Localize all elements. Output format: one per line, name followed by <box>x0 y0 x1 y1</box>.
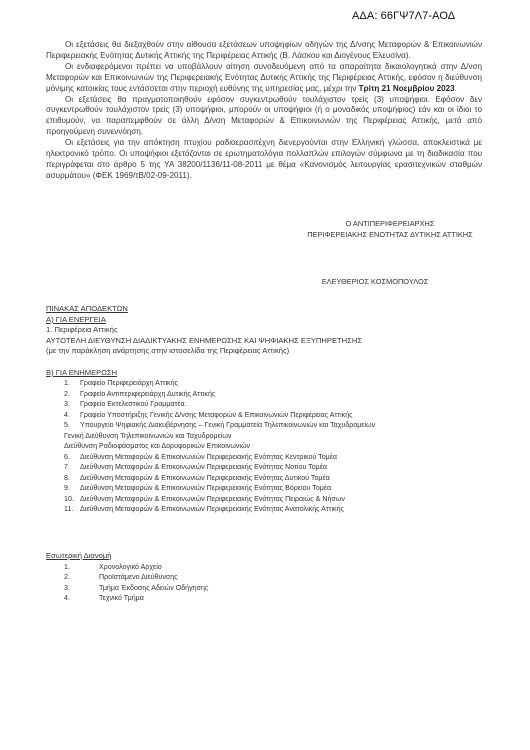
list-item: 8.Διεύθυνση Μεταφορών & Επικοινωνιών Περ… <box>46 473 486 484</box>
list-item-text: Τεχνικό Τμήμα <box>99 594 144 602</box>
list-item-text: Διεύθυνση Μεταφορών & Επικοινωνιών Περιφ… <box>80 484 331 492</box>
paragraph-application: Οι ενδιαφερόμενοι πρέπει να υποβάλλουν α… <box>46 62 482 95</box>
list-item: 4.Τεχνικό Τμήμα <box>46 593 208 604</box>
list-item-number: 6. <box>64 452 78 463</box>
list-item-number: 7. <box>64 462 78 473</box>
action-heading: Α) ΓΙΑ ΕΝΕΡΓΕΙΑ <box>46 315 486 326</box>
list-item: 3.Τμήμα Έκδοσης Αδειών Οδήγησης <box>46 583 208 594</box>
list-item: 5.Υπουργείο Ψηφιακής Διακυβέρνησης – Γεν… <box>46 420 486 452</box>
list-item-number: 4. <box>64 410 78 421</box>
list-item: 6.Διεύθυνση Μεταφορών & Επικοινωνιών Περ… <box>46 452 486 463</box>
list-item-text: Διεύθυνση Μεταφορών & Επικοινωνιών Περιφ… <box>80 505 344 513</box>
list-item-text: Τμήμα Έκδοσης Αδειών Οδήγησης <box>99 584 208 592</box>
list-item-text: Υπουργείο Ψηφιακής Διακυβέρνησης – Γενικ… <box>80 421 375 429</box>
list-item-text: Γραφείο Αντιπεριφερειάρχη Δυτικής Αττική… <box>80 390 215 398</box>
action-line: 1. Περιφέρεια Αττικής <box>46 325 486 336</box>
internal-heading: Εσωτερική Διανομή <box>46 551 208 562</box>
list-item-number: 10. <box>64 494 78 505</box>
recipients-table: ΠΙΝΑΚΑΣ ΑΠΟΔΕΚΤΩΝ Α) ΓΙΑ ΕΝΕΡΓΕΙΑ 1. Περ… <box>46 304 486 515</box>
list-item-text: Γραφείο Περιφερειάρχη Αττικής <box>80 379 178 387</box>
list-item: 7.Διεύθυνση Μεταφορών & Επικοινωνιών Περ… <box>46 462 486 473</box>
list-item: 1.Χρονολογικό Αρχείο <box>46 562 208 573</box>
list-item-number: 1. <box>64 378 78 389</box>
list-item-number: 3. <box>64 583 78 594</box>
list-item-number: 3. <box>64 399 78 410</box>
internal-distribution: Εσωτερική Διανομή 1.Χρονολογικό Αρχείο2.… <box>46 551 208 604</box>
list-item-number: 2. <box>64 572 78 583</box>
list-item-text: Διεύθυνση Μεταφορών & Επικοινωνιών Περιφ… <box>80 474 330 482</box>
list-item-number: 4. <box>64 593 78 604</box>
list-item: 10.Διεύθυνση Μεταφορών & Επικοινωνιών Πε… <box>46 494 486 505</box>
list-item-text: Χρονολογικό Αρχείο <box>99 563 162 571</box>
list-item-text: Προϊστάμενο Διεύθυνσης <box>99 573 178 581</box>
body-text: Οι εξετάσεις θα διεξαχθούν στην αίθουσα … <box>46 40 482 182</box>
list-item-continuation: Διεύθυνση Ραδιοφάσματος και Δορυφορικών … <box>46 441 486 452</box>
list-item-number: 1. <box>64 562 78 573</box>
info-recipients-list: 1.Γραφείο Περιφερειάρχη Αττικής2.Γραφείο… <box>46 378 486 515</box>
list-item-text: Γραφείο Υποστήριξης Γενικής Δ/νσης Μεταφ… <box>80 411 353 419</box>
paragraph-minimum-candidates: Οι εξετάσεις θα πραγματοποιηθούν εφόσον … <box>46 95 482 139</box>
list-item-continuation: Γενική Διεύθυνση Τηλεπικοινωνιών και Ταχ… <box>46 431 486 442</box>
list-item-text: Διεύθυνση Μεταφορών & Επικοινωνιών Περιφ… <box>80 453 337 461</box>
list-item: 4.Γραφείο Υποστήριξης Γενικής Δ/νσης Μετ… <box>46 410 486 421</box>
signer-name: ΕΛΕΥΘΕΡΙΟΣ ΚΟΣΜΟΠΟΥΛΟΣ <box>300 277 450 288</box>
list-item-number: 2. <box>64 389 78 400</box>
action-line: ΑΥΤΟΤΕΛΗ ΔΙΕΥΘΥΝΣΗ ΔΙΑΔΙΚΤΥΑΚΗΣ ΕΝΗΜΕΡΩΣ… <box>46 336 486 347</box>
info-heading: Β) ΓΙΑ ΕΝΗΜΕΡΩΣΗ <box>46 368 486 379</box>
paragraph-exam-method: Οι εξετάσεις για την απόκτηση πτυχίου ρα… <box>46 138 482 182</box>
signature-title-line2: ΠΕΡΙΦΕΡΕΙΑΚΗΣ ΕΝΟΤΗΤΑΣ ΔΥΤΙΚΗΣ ΑΤΤΙΚΗΣ <box>250 230 530 241</box>
list-item-number: 9. <box>64 483 78 494</box>
list-item: 2.Προϊστάμενο Διεύθυνσης <box>46 572 208 583</box>
list-item-number: 11. <box>64 504 78 515</box>
paragraph-exam-location: Οι εξετάσεις θα διεξαχθούν στην αίθουσα … <box>46 40 482 62</box>
list-item: 2.Γραφείο Αντιπεριφερειάρχη Δυτικής Αττι… <box>46 389 486 400</box>
list-item: 11.Διεύθυνση Μεταφορών & Επικοινωνιών Πε… <box>46 504 486 515</box>
deadline-date: Τρίτη 21 Νοεμβρίου 2023 <box>359 84 455 93</box>
list-item: 9.Διεύθυνση Μεταφορών & Επικοινωνιών Περ… <box>46 483 486 494</box>
internal-distribution-list: 1.Χρονολογικό Αρχείο2.Προϊστάμενο Διεύθυ… <box>46 562 208 604</box>
list-item: 1.Γραφείο Περιφερειάρχη Αττικής <box>46 378 486 389</box>
signature-title-line1: Ο ΑΝΤΙΠΕΡΙΦΕΡΕΙΑΡΧΗΣ <box>300 219 480 230</box>
ada-code: ΑΔΑ: 66ΓΨ7Λ7-ΑΟΔ <box>352 10 455 22</box>
list-item-text: Διεύθυνση Μεταφορών & Επικοινωνιών Περιφ… <box>80 495 345 503</box>
list-item-number: 5. <box>64 420 78 431</box>
list-item-text: Γραφείο Εκτελεστικού Γραμματέα. <box>80 400 187 408</box>
list-item-text: Διεύθυνση Μεταφορών & Επικοινωνιών Περιφ… <box>80 463 327 471</box>
list-item-number: 8. <box>64 473 78 484</box>
list-item: 3.Γραφείο Εκτελεστικού Γραμματέα. <box>46 399 486 410</box>
paragraph-application-after: . <box>455 84 457 93</box>
recipients-title: ΠΙΝΑΚΑΣ ΑΠΟΔΕΚΤΩΝ <box>46 304 486 315</box>
action-line: (με την παράκληση ανάρτησης στην ιστοσελ… <box>46 346 486 357</box>
